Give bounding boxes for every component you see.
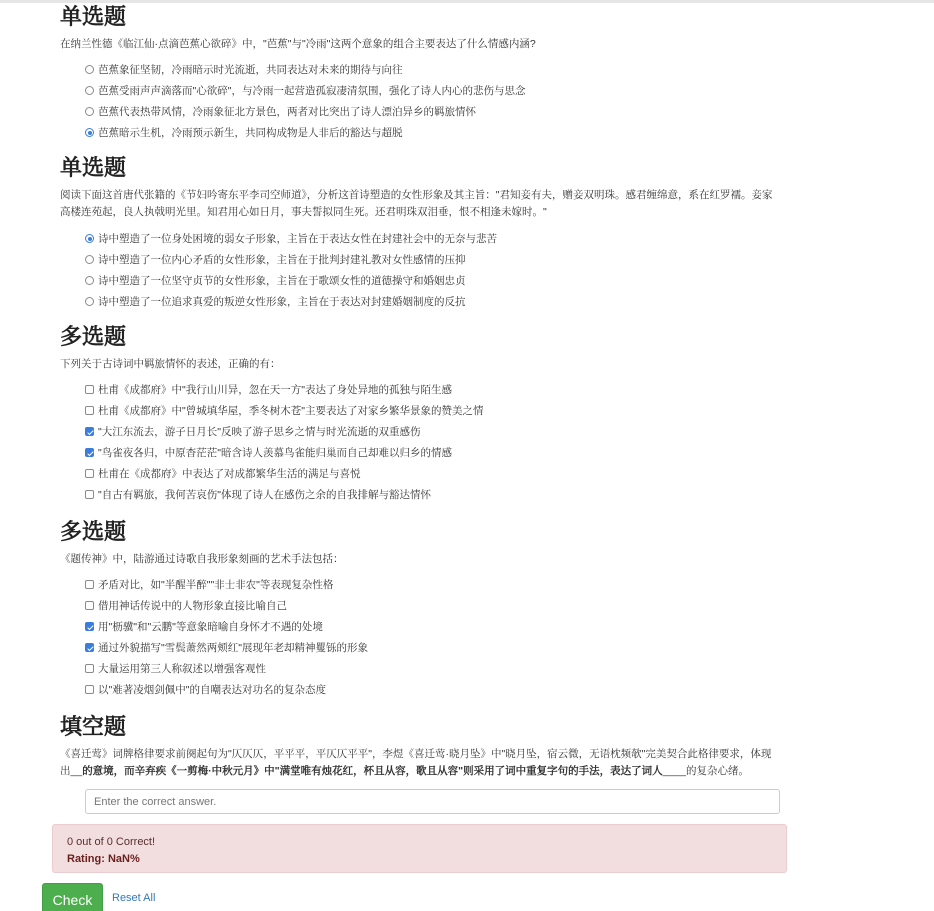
- checkbox[interactable]: [85, 490, 94, 499]
- reset-all-link[interactable]: Reset All: [112, 892, 155, 904]
- option[interactable]: "自古有羁旅，我何苦哀伤"体现了诗人在感伤之余的自我排解与豁达情怀: [85, 484, 780, 505]
- option[interactable]: "大江东流去，游子日月长"反映了游子思乡之情与时光流逝的双重感伤: [85, 421, 780, 442]
- question-text: 在纳兰性德《临江仙·点滴芭蕉心欲碎》中，"芭蕉"与"冷雨"这两个意象的组合主要表…: [60, 36, 780, 53]
- checkbox-checked[interactable]: [85, 643, 94, 652]
- option[interactable]: 杜甫在《成都府》中表达了对成都繁华生活的满足与喜悦: [85, 463, 780, 484]
- option-label[interactable]: 芭蕉受雨声声滴落而"心欲碎"，与冷雨一起营造孤寂凄清氛围，强化了诗人内心的悲伤与…: [98, 83, 525, 98]
- option-label[interactable]: 以"难著凌烟剑佩中"的自嘲表达对功名的复杂态度: [98, 682, 326, 697]
- radio-button-selected[interactable]: [85, 128, 94, 137]
- checkbox[interactable]: [85, 580, 94, 589]
- checkbox-checked[interactable]: [85, 427, 94, 436]
- checkbox-checked[interactable]: [85, 622, 94, 631]
- question-type-heading: 单选题: [60, 5, 780, 31]
- option[interactable]: 芭蕉暗示生机，冷雨预示新生，共同构成物是人非后的豁达与超脱: [85, 122, 780, 143]
- checkbox[interactable]: [85, 469, 94, 478]
- question-4: 多选题 《题传神》中，陆游通过诗歌自我形象刻画的艺术手法包括： 矛盾对比，如"半…: [60, 520, 780, 700]
- question-2: 单选题 阅读下面这首唐代张籍的《节妇吟寄东平李司空师道》，分析这首诗塑造的女性形…: [60, 156, 780, 312]
- result-alert: 0 out of 0 Correct! Rating: NaN%: [52, 824, 787, 873]
- radio-button[interactable]: [85, 276, 94, 285]
- checkbox[interactable]: [85, 685, 94, 694]
- option[interactable]: 杜甫《成都府》中"曾城填华屋，季冬树木苍"主要表达了对家乡繁华景象的赞美之情: [85, 400, 780, 421]
- option[interactable]: 诗中塑造了一位内心矛盾的女性形象，主旨在于批判封建礼教对女性感情的压抑: [85, 249, 780, 270]
- question-text: 下列关于古诗词中羁旅情怀的表述，正确的有：: [60, 356, 780, 373]
- option[interactable]: 杜甫《成都府》中"我行山川异，忽在天一方"表达了身处异地的孤独与陌生感: [85, 379, 780, 400]
- score-text: 0 out of 0 Correct!: [67, 834, 772, 851]
- options-list: 杜甫《成都府》中"我行山川异，忽在天一方"表达了身处异地的孤独与陌生感 杜甫《成…: [60, 379, 780, 505]
- option-label[interactable]: 诗中塑造了一位身处困境的弱女子形象，主旨在于表达女性在封建社会中的无奈与悲苦: [98, 231, 497, 246]
- options-list: 芭蕉象征坚韧，冷雨暗示时光流逝，共同表达对未来的期待与向往 芭蕉受雨声声滴落而"…: [60, 59, 780, 143]
- option-label[interactable]: "大江东流去，游子日月长"反映了游子思乡之情与时光流逝的双重感伤: [98, 424, 420, 439]
- question-text-part: ____的复杂心绪。: [663, 765, 749, 777]
- option-label[interactable]: 诗中塑造了一位坚守贞节的女性形象，主旨在于歌颂女性的道德操守和婚姻忠贞: [98, 273, 466, 288]
- question-type-heading: 多选题: [60, 325, 780, 351]
- option-label[interactable]: 芭蕉代表热带风情，冷雨象征北方景色，两者对比突出了诗人漂泊异乡的羁旅情怀: [98, 104, 476, 119]
- option[interactable]: 诗中塑造了一位追求真爱的叛逆女性形象，主旨在于表达对封建婚姻制度的反抗: [85, 291, 780, 312]
- options-list: 矛盾对比，如"半醒半醉""非士非农"等表现复杂性格 借用神话传说中的人物形象直接…: [60, 574, 780, 700]
- checkbox[interactable]: [85, 601, 94, 610]
- option[interactable]: 用"枥骥"和"云鹏"等意象暗喻自身怀才不遇的处境: [85, 616, 780, 637]
- question-1: 单选题 在纳兰性德《临江仙·点滴芭蕉心欲碎》中，"芭蕉"与"冷雨"这两个意象的组…: [60, 5, 780, 143]
- checkbox[interactable]: [85, 385, 94, 394]
- option[interactable]: 芭蕉代表热带风情，冷雨象征北方景色，两者对比突出了诗人漂泊异乡的羁旅情怀: [85, 101, 780, 122]
- option[interactable]: "鸟雀夜各归，中原杳茫茫"暗含诗人羡慕鸟雀能归巢而自己却难以归乡的情感: [85, 442, 780, 463]
- option[interactable]: 以"难著凌烟剑佩中"的自嘲表达对功名的复杂态度: [85, 679, 780, 700]
- option-label[interactable]: 通过外貌描写"雪鬓萧然两颊红"展现年老却精神矍铄的形象: [98, 640, 368, 655]
- checkbox-checked[interactable]: [85, 448, 94, 457]
- question-text-bold-part: 的意境，而辛弃疾《一剪梅·中秋元月》中"满堂唯有烛花红，杯且从容，歌且从容"则采…: [82, 765, 662, 777]
- option[interactable]: 诗中塑造了一位身处困境的弱女子形象，主旨在于表达女性在封建社会中的无奈与悲苦: [85, 228, 780, 249]
- option-label[interactable]: 借用神话传说中的人物形象直接比喻自己: [98, 598, 287, 613]
- option-label[interactable]: 杜甫在《成都府》中表达了对成都繁华生活的满足与喜悦: [98, 466, 361, 481]
- radio-button[interactable]: [85, 107, 94, 116]
- answer-input[interactable]: [85, 789, 780, 814]
- question-type-heading: 填空题: [60, 715, 780, 741]
- option-label[interactable]: 芭蕉象征坚韧，冷雨暗示时光流逝，共同表达对未来的期待与向往: [98, 62, 403, 77]
- question-text: 阅读下面这首唐代张籍的《节妇吟寄东平李司空师道》，分析这首诗塑造的女性形象及其主…: [60, 187, 780, 221]
- option-label[interactable]: 芭蕉暗示生机，冷雨预示新生，共同构成物是人非后的豁达与超脱: [98, 125, 403, 140]
- radio-button-selected[interactable]: [85, 234, 94, 243]
- option[interactable]: 诗中塑造了一位坚守贞节的女性形象，主旨在于歌颂女性的道德操守和婚姻忠贞: [85, 270, 780, 291]
- option-label[interactable]: 杜甫《成都府》中"曾城填华屋，季冬树木苍"主要表达了对家乡繁华景象的赞美之情: [98, 403, 483, 418]
- option-label[interactable]: "自古有羁旅，我何苦哀伤"体现了诗人在感伤之余的自我排解与豁达情怀: [98, 487, 431, 502]
- radio-button[interactable]: [85, 255, 94, 264]
- question-text: 《喜迁莺》词牌格律要求前阕起句为"仄仄仄，平平平，平仄仄平平"，李煜《喜迁莺·晓…: [60, 746, 780, 780]
- option-label[interactable]: 大量运用第三人称叙述以增强客观性: [98, 661, 266, 676]
- option[interactable]: 借用神话传说中的人物形象直接比喻自己: [85, 595, 780, 616]
- option[interactable]: 矛盾对比，如"半醒半醉""非士非农"等表现复杂性格: [85, 574, 780, 595]
- option-label[interactable]: 用"枥骥"和"云鹏"等意象暗喻自身怀才不遇的处境: [98, 619, 323, 634]
- option-label[interactable]: "鸟雀夜各归，中原杳茫茫"暗含诗人羡慕鸟雀能归巢而自己却难以归乡的情感: [98, 445, 452, 460]
- question-text: 《题传神》中，陆游通过诗歌自我形象刻画的艺术手法包括：: [60, 551, 780, 568]
- question-5: 填空题 《喜迁莺》词牌格律要求前阕起句为"仄仄仄，平平平，平仄仄平平"，李煜《喜…: [60, 715, 780, 780]
- option[interactable]: 芭蕉象征坚韧，冷雨暗示时光流逝，共同表达对未来的期待与向往: [85, 59, 780, 80]
- checkbox[interactable]: [85, 664, 94, 673]
- radio-button[interactable]: [85, 86, 94, 95]
- option-label[interactable]: 矛盾对比，如"半醒半醉""非士非农"等表现复杂性格: [98, 577, 333, 592]
- question-type-heading: 单选题: [60, 156, 780, 182]
- radio-button[interactable]: [85, 297, 94, 306]
- question-3: 多选题 下列关于古诗词中羁旅情怀的表述，正确的有： 杜甫《成都府》中"我行山川异…: [60, 325, 780, 505]
- checkbox[interactable]: [85, 406, 94, 415]
- rating-text: Rating: NaN%: [67, 851, 772, 868]
- question-type-heading: 多选题: [60, 520, 780, 546]
- option[interactable]: 大量运用第三人称叙述以增强客观性: [85, 658, 780, 679]
- option-label[interactable]: 诗中塑造了一位内心矛盾的女性形象，主旨在于批判封建礼教对女性感情的压抑: [98, 252, 466, 267]
- radio-button[interactable]: [85, 65, 94, 74]
- option-label[interactable]: 杜甫《成都府》中"我行山川异，忽在天一方"表达了身处异地的孤独与陌生感: [98, 382, 452, 397]
- check-button[interactable]: Check: [42, 883, 103, 911]
- option[interactable]: 芭蕉受雨声声滴落而"心欲碎"，与冷雨一起营造孤寂凄清氛围，强化了诗人内心的悲伤与…: [85, 80, 780, 101]
- option[interactable]: 通过外貌描写"雪鬓萧然两颊红"展现年老却精神矍铄的形象: [85, 637, 780, 658]
- option-label[interactable]: 诗中塑造了一位追求真爱的叛逆女性形象，主旨在于表达对封建婚姻制度的反抗: [98, 294, 466, 309]
- options-list: 诗中塑造了一位身处困境的弱女子形象，主旨在于表达女性在封建社会中的无奈与悲苦 诗…: [60, 228, 780, 312]
